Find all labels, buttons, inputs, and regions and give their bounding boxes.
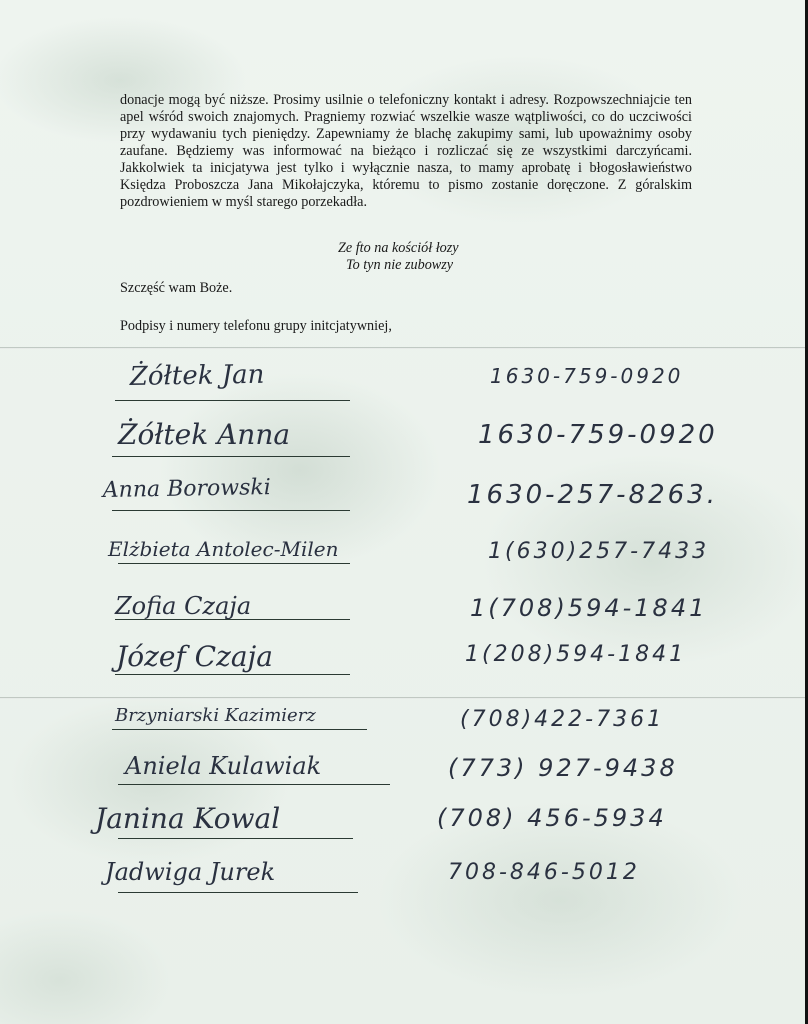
signature-phone: 1(208)594-1841 (465, 642, 686, 667)
letter-paragraph: donacje mogą być niższe. Prosimy usilnie… (120, 92, 692, 211)
signature-phone: (773) 927-9438 (448, 754, 678, 782)
signature-line (112, 510, 350, 511)
signature-line (118, 892, 358, 893)
signature-line (115, 619, 350, 620)
poem-line: Ze fto na kościół łozy (120, 240, 692, 257)
signature-name: Jadwiga Jurek (105, 858, 275, 886)
signature-phone: 1630-759-0920 (478, 420, 718, 450)
signature-name: Józef Czaja (116, 640, 273, 673)
signature-name: Anna Borowski (103, 475, 271, 503)
signature-line (115, 400, 350, 401)
fold-line (0, 347, 805, 349)
signature-name: Elżbieta Antolec-Milen (108, 537, 338, 561)
signature-name: Brzyniarski Kazimierz (115, 705, 316, 726)
greeting: Szczęść wam Boże. (120, 280, 232, 297)
signatures-intro: Podpisy i numery telefonu grupy initcjat… (120, 318, 392, 335)
signature-name: Żółtek Jan (129, 360, 264, 392)
signature-phone: (708) 456-5934 (437, 804, 667, 832)
letter-body: donacje mogą być niższe. Prosimy usilnie… (120, 92, 692, 211)
signature-line (112, 456, 350, 457)
signature-phone: 1630-759-0920 (490, 364, 683, 388)
signature-phone: (708)422-7361 (460, 707, 664, 732)
signature-line (118, 838, 353, 839)
signature-line (115, 674, 350, 675)
signature-name: Zofia Czaja (115, 592, 251, 620)
signature-name: Żółtek Anna (118, 418, 290, 451)
signature-phone: 1630-257-8263. (467, 480, 718, 510)
poem-line: To tyn nie zubowzy (120, 257, 692, 274)
signature-phone: 1(708)594-1841 (470, 594, 707, 622)
signature-line (112, 729, 367, 730)
signature-phone: 708-846-5012 (448, 860, 640, 885)
signature-line (118, 563, 350, 564)
fold-line (0, 697, 805, 699)
signature-name: Janina Kowal (95, 802, 280, 835)
signature-row: Jadwiga Jurek708-846-5012 (0, 0, 805, 40)
signature-phone: 1(630)257-7433 (488, 539, 709, 564)
poem: Ze fto na kościół łozy To tyn nie zubowz… (120, 240, 692, 274)
signature-name: Aniela Kulawiak (125, 752, 321, 780)
signature-line (118, 784, 390, 785)
